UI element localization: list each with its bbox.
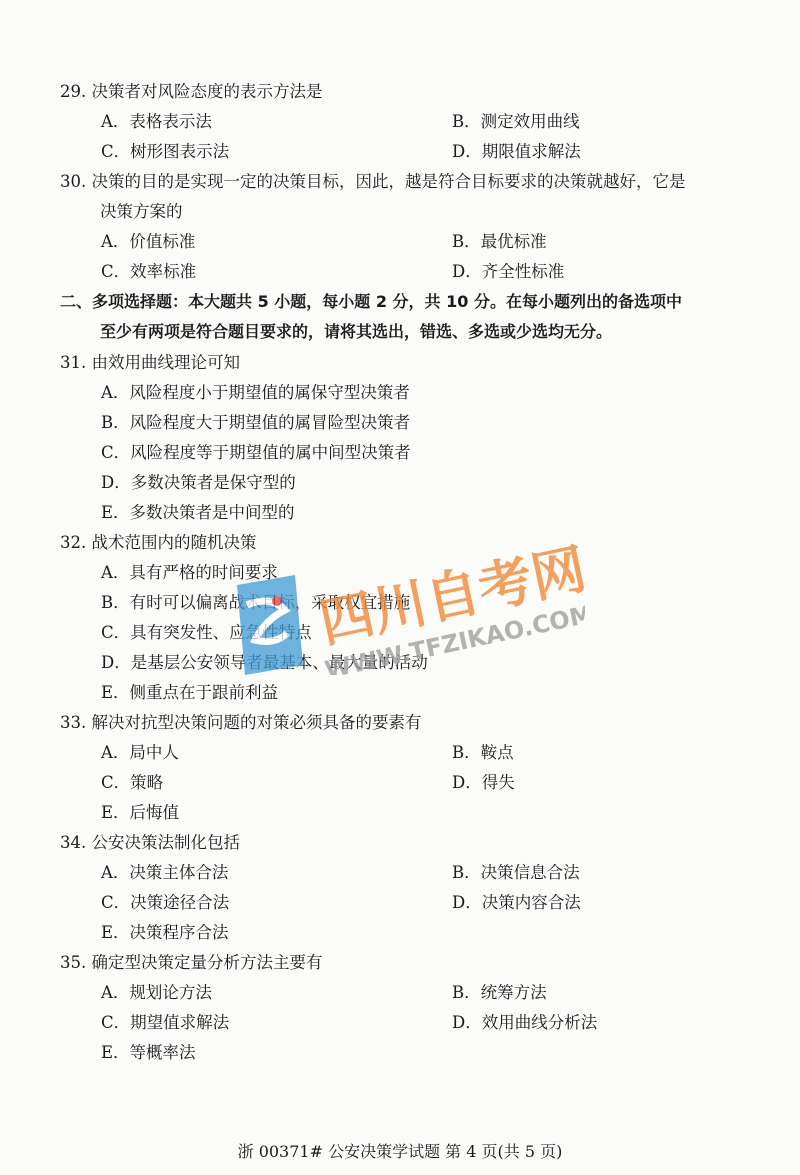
q33-option-d: D．得失 <box>452 772 515 794</box>
q31-option-e: E．多数决策者是中间型的 <box>101 502 295 524</box>
q31-option-c: C．风险程度等于期望值的属中间型决策者 <box>101 442 411 464</box>
q32-option-c: C．具有突发性、应急性特点 <box>101 622 312 644</box>
q32-option-d: D．是基层公安领导者最基本、最大量的活动 <box>101 652 428 674</box>
q29-option-b: B．测定效用曲线 <box>452 111 580 133</box>
question-33: 33. 解决对抗型决策问题的对策必须具备的要素有 <box>60 712 422 734</box>
q32-option-a: A．具有严格的时间要求 <box>101 562 278 584</box>
q29-option-d: D．期限值求解法 <box>452 141 581 163</box>
q29-option-c: C．树形图表示法 <box>101 141 229 163</box>
question-29: 29. 决策者对风险态度的表示方法是 <box>60 81 323 103</box>
section-heading: 二、多项选择题：本大题共 5 小题，每小题 2 分，共 10 分。在每小题列出的… <box>60 291 682 313</box>
section-instructions: 至少有两项是符合题目要求的，请将其选出，错选、多选或少选均无分。 <box>100 321 612 343</box>
q35-option-b: B．统筹方法 <box>452 982 547 1004</box>
q34-option-e: E．决策程序合法 <box>101 922 229 944</box>
q33-option-c: C．策略 <box>101 772 163 794</box>
q34-option-a: A．决策主体合法 <box>101 862 228 884</box>
question-31: 31. 由效用曲线理论可知 <box>60 352 240 374</box>
q33-option-b: B．鞍点 <box>452 742 514 764</box>
q31-option-a: A．风险程度小于期望值的属保守型决策者 <box>101 382 410 404</box>
q29-option-a: A．表格表示法 <box>101 111 212 133</box>
q31-option-b: B．风险程度大于期望值的属冒险型决策者 <box>101 412 410 434</box>
question-32: 32. 战术范围内的随机决策 <box>60 532 257 554</box>
q32-option-b: B．有时可以偏离战术目标，采取权宜措施 <box>101 592 410 614</box>
q35-option-a: A．规划论方法 <box>101 982 212 1004</box>
question-34: 34. 公安决策法制化包括 <box>60 832 240 854</box>
q35-option-e: E．等概率法 <box>101 1042 196 1064</box>
question-30: 30. 决策的目的是实现一定的决策目标，因此，越是符合目标要求的决策就越好，它是 <box>60 171 686 193</box>
q32-option-e: E．侧重点在于跟前利益 <box>101 682 278 704</box>
question-35: 35. 确定型决策定量分析方法主要有 <box>60 952 323 974</box>
q34-option-b: B．决策信息合法 <box>452 862 580 884</box>
q30-option-a: A．价值标准 <box>101 231 195 253</box>
q35-option-c: C．期望值求解法 <box>101 1012 229 1034</box>
q34-option-c: C．决策途径合法 <box>101 892 229 914</box>
q31-option-d: D．多数决策者是保守型的 <box>101 472 296 494</box>
q33-option-e: E．后悔值 <box>101 802 179 824</box>
page-footer: 浙 00371# 公安决策学试题 第 4 页(共 5 页) <box>0 1139 800 1162</box>
q34-option-d: D．决策内容合法 <box>452 892 581 914</box>
q33-option-a: A．局中人 <box>101 742 179 764</box>
q30-option-c: C．效率标准 <box>101 261 196 283</box>
q35-option-d: D．效用曲线分析法 <box>452 1012 597 1034</box>
question-30-cont: 决策方案的 <box>100 201 183 223</box>
q30-option-b: B．最优标准 <box>452 231 547 253</box>
q30-option-d: D．齐全性标准 <box>452 261 564 283</box>
